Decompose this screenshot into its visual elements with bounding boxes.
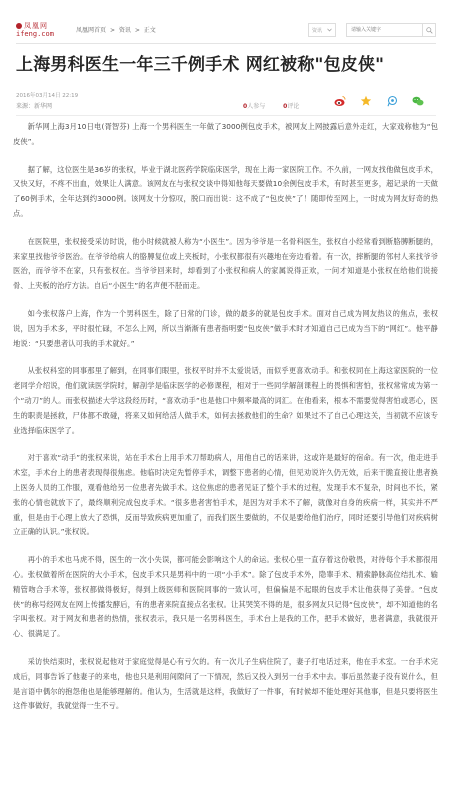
article-paragraph: 如今张权落户上海，作为一个男科医生，除了日常的门诊，做的最多的就是包皮手术。面对…: [13, 307, 438, 351]
article-paragraph: 采访快结束时，张权说起他对于家庭觉得是心有亏欠的。有一次儿子生病住院了，妻子打电…: [13, 655, 438, 714]
article-paragraph: 从张权科室的同事那里了解到，在同事们眼里，张权平时并不太爱说话，而似乎更喜欢动手…: [13, 364, 438, 438]
top-bar: 凤凰网 ifeng.com 凤凰网首页 > 资讯 > 正文 资讯: [16, 22, 436, 42]
article-paragraph: 据了解，这位医生是36岁的张权，毕业于湖北医药学院临床医学，现在上海一家医院工作…: [13, 163, 438, 222]
logo-en: ifeng.com: [16, 30, 54, 38]
breadcrumb-current: 正文: [144, 27, 156, 34]
comments-label: 评论: [287, 103, 299, 110]
logo-cn: 凤凰网: [24, 22, 48, 30]
qzone-star-icon[interactable]: [360, 95, 372, 107]
wechat-icon[interactable]: [412, 95, 424, 107]
article-paragraph: 在医院里，张权接受采访时说，他小时候就被人称为“小医生”。因为爷爷是一名骨科医生…: [13, 235, 438, 294]
search-icon: [426, 27, 433, 34]
article-source[interactable]: 来源：新华网: [16, 101, 52, 110]
article-body: 新华网上海3月10日电(胥智芬) 上海一个男科医生一年做了3000例包皮手术，被…: [13, 120, 438, 727]
breadcrumb-home[interactable]: 凤凰网首页: [76, 27, 106, 34]
header-divider: [16, 43, 436, 44]
article-stats: 0人参与 0评论: [243, 101, 315, 110]
category-select[interactable]: 资讯: [308, 23, 336, 37]
comments-link[interactable]: 0评论: [283, 103, 299, 110]
share-bar: [334, 95, 424, 107]
search-tools: 资讯: [308, 22, 436, 38]
article-paragraph: 再小的手术也马虎不得，医生的一次小失误，都可能会影响这个人的命运。张权心里一直存…: [13, 553, 438, 642]
search-box: [346, 23, 436, 37]
ifeng-logo[interactable]: 凤凰网 ifeng.com: [16, 22, 62, 40]
chevron-down-icon: [327, 28, 332, 32]
article-paragraph: 对于喜欢“动手”的张权来说，站在手术台上用手术刀帮助病人，用他自己的话来讲，这或…: [13, 451, 438, 540]
article-paragraph: 新华网上海3月10日电(胥智芬) 上海一个男科医生一年做了3000例包皮手术，被…: [13, 120, 438, 150]
tencent-weibo-icon[interactable]: [386, 95, 398, 107]
category-select-value: 资讯: [312, 27, 322, 34]
participants-label: 人参与: [247, 103, 265, 110]
article-date: 2016年03月14日 22:19: [16, 91, 78, 99]
logo-mark-icon: [16, 23, 22, 29]
search-input[interactable]: [347, 24, 422, 36]
breadcrumb-news[interactable]: 资讯: [119, 27, 131, 34]
search-button[interactable]: [422, 24, 435, 36]
weibo-icon[interactable]: [334, 95, 346, 107]
breadcrumb-sep: >: [135, 27, 140, 34]
article-title: 上海男科医生一年三千例手术 网红被称"包皮侠": [16, 50, 384, 75]
breadcrumb: 凤凰网首页 > 资讯 > 正文: [76, 25, 158, 34]
breadcrumb-sep: >: [110, 27, 115, 34]
meta-divider: [16, 115, 436, 116]
participants-link[interactable]: 0人参与: [243, 103, 265, 110]
